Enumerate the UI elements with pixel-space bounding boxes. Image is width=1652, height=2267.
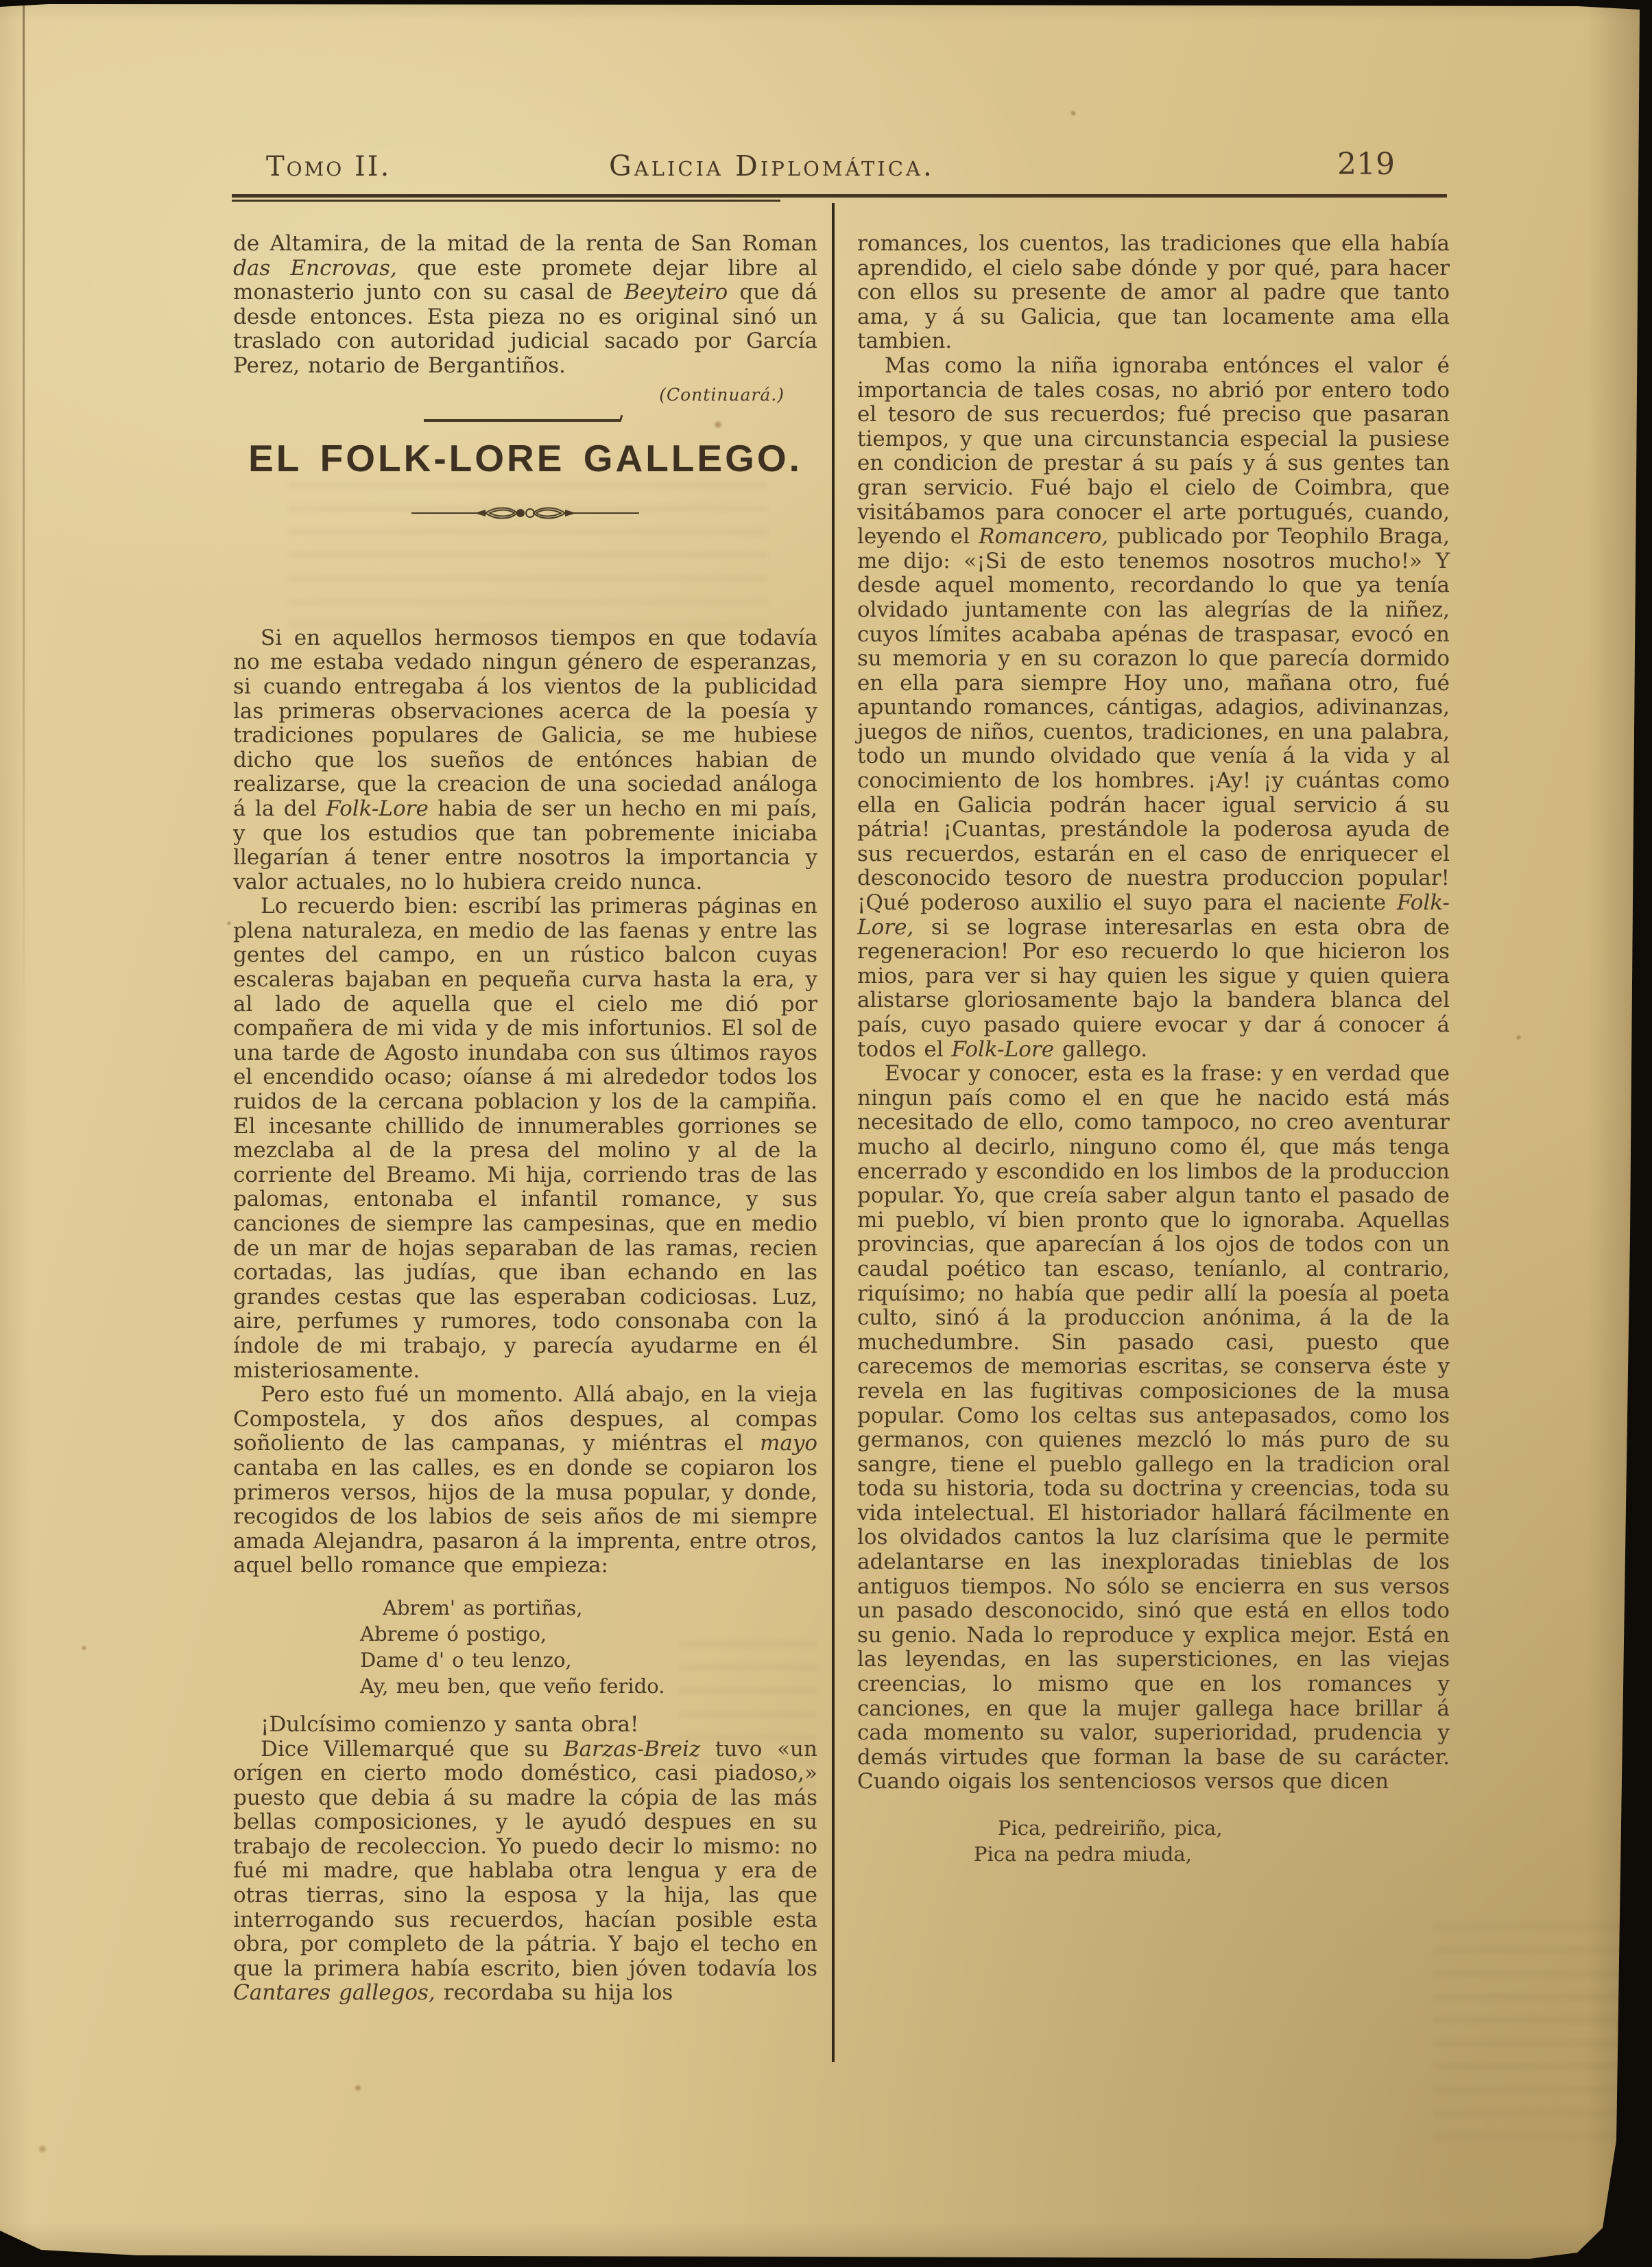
verse-line: Pica, pedreiriño, pica, — [857, 1815, 1450, 1841]
fox-spot — [38, 2144, 47, 2154]
showthrough-smudge — [1433, 1914, 1632, 2140]
gutter-crease — [23, 5, 25, 1034]
section-end-rule — [424, 419, 621, 422]
fox-spot — [226, 921, 232, 926]
fox-spot — [1516, 1034, 1522, 1041]
paragraph: ¡Dulcísimo comienzo y santa obra! — [233, 1713, 817, 1737]
verse-line: Pica na pedra miuda, — [857, 1841, 1450, 1867]
paper-sheet: Tomo II. Galicia Diplomática. 219 de Alt… — [0, 0, 1652, 2267]
volume-label: Tomo II. — [266, 151, 391, 182]
paragraph: Dice Villemarqué que su Barzas-Breiz tuv… — [233, 1737, 817, 2006]
paragraph: de Altamira, de la mitad de la renta de … — [233, 232, 817, 379]
ornament-divider-icon — [409, 501, 642, 525]
paragraph: Pero esto fué un momento. Allá abajo, en… — [233, 1383, 817, 1578]
verse-line: Dame d' o teu lenzo, — [233, 1647, 817, 1673]
paragraph: Mas como la niña ignoraba entónces el va… — [857, 354, 1450, 1062]
paragraph: Evocar y conocer, esta es la frase: y en… — [857, 1062, 1450, 1794]
verse-line: Abreme ó postigo, — [233, 1621, 817, 1647]
article-heading: EL FOLK-LORE GALLEGO. — [233, 447, 817, 471]
verse-line: Ay, meu ben, que veño ferido. — [233, 1673, 817, 1699]
paragraph: Lo recuerdo bien: escribí las primeras p… — [233, 894, 817, 1383]
verse-quote: Abrem' as portiñas, Abreme ó postigo, Da… — [233, 1595, 817, 1699]
left-column: de Altamira, de la mitad de la renta de … — [233, 232, 817, 2006]
fox-spot — [1070, 110, 1077, 117]
verse-quote: Pica, pedreiriño, pica, Pica na pedra mi… — [857, 1815, 1450, 1867]
header-rule-secondary — [232, 200, 780, 202]
column-divider — [832, 203, 835, 2062]
journal-title: Galicia Diplomática. — [609, 150, 935, 182]
scanned-page: Tomo II. Galicia Diplomática. 219 de Alt… — [0, 0, 1652, 2267]
right-column: romances, los cuentos, las tradiciones q… — [857, 232, 1450, 1881]
paragraph: Si en aquellos hermosos tiempos en que t… — [233, 626, 817, 895]
fox-spot — [81, 1645, 87, 1651]
verse-line: Abrem' as portiñas, — [233, 1595, 817, 1621]
fox-spot — [354, 2084, 362, 2092]
continuation-note: (Continuará.) — [233, 383, 817, 407]
page-number: 219 — [1337, 147, 1395, 182]
header-rule — [232, 194, 1447, 198]
paragraph: romances, los cuentos, las tradiciones q… — [857, 232, 1450, 354]
